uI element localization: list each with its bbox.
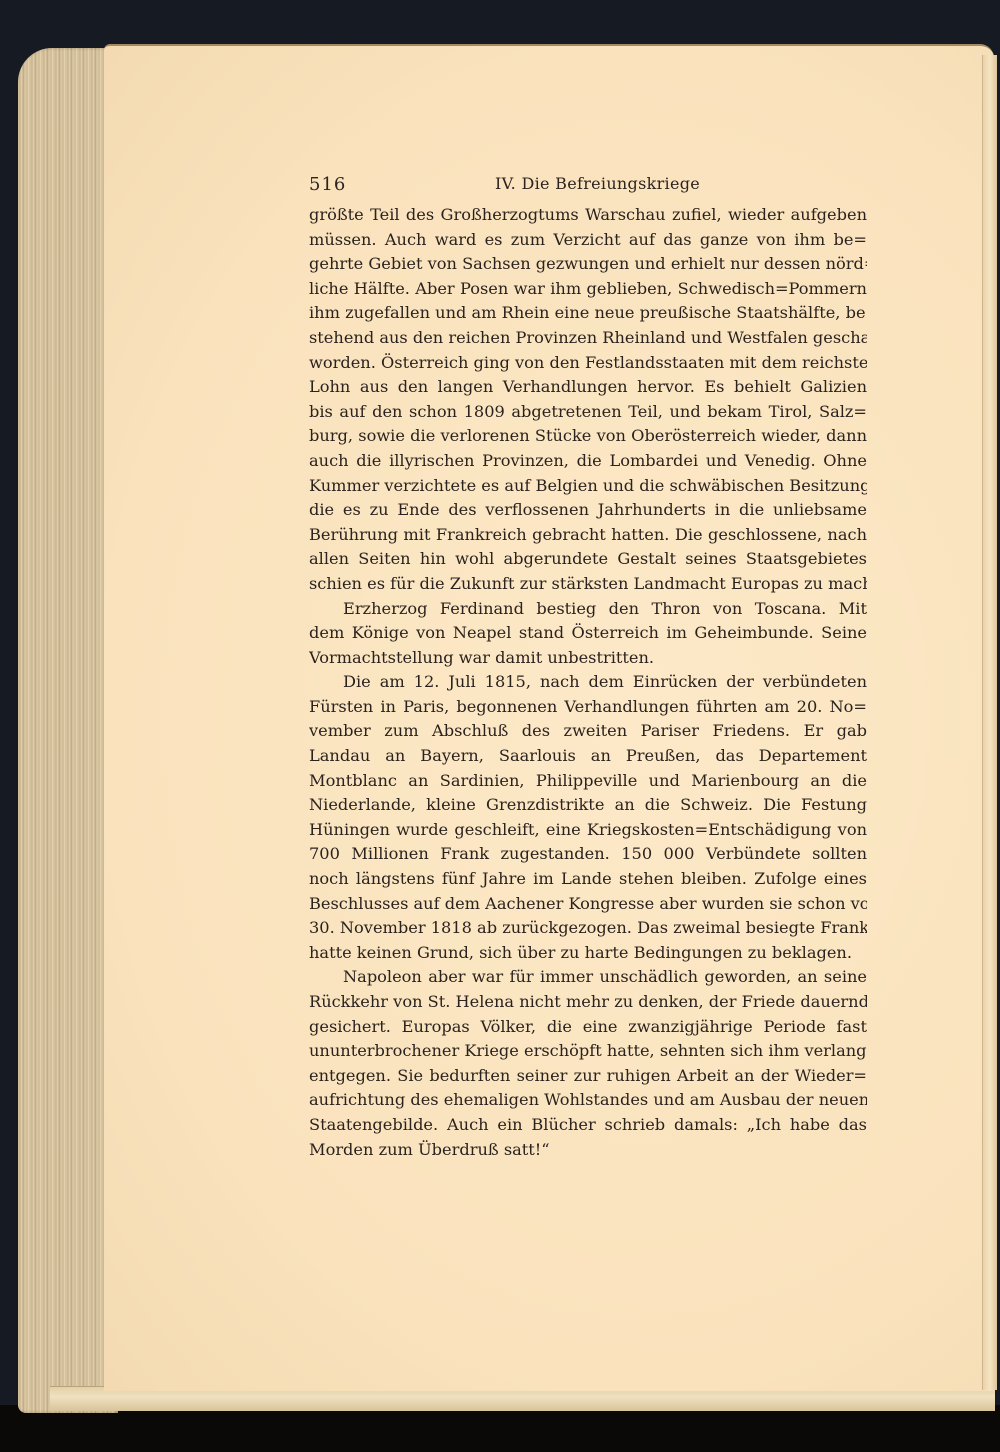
text-line: die es zu Ende des verflossenen Jahrhund… — [309, 498, 867, 523]
running-head: 516 IV. Die Befreiungskriege — [309, 170, 867, 200]
chapter-title: IV. Die Befreiungskriege — [495, 174, 700, 193]
next-page-edge — [982, 55, 997, 1390]
text-line: Hüningen wurde geschleift, eine Kriegsko… — [309, 818, 867, 843]
text-line: Fürsten in Paris, begonnenen Verhandlung… — [309, 695, 867, 720]
text-line: Berührung mit Frankreich gebracht hatten… — [309, 523, 867, 548]
text-line: Kummer verzichtete es auf Belgien und di… — [309, 474, 867, 499]
text-line: Rückkehr von St. Helena nicht mehr zu de… — [309, 990, 867, 1015]
text-line: entgegen. Sie bedurften seiner zur ruhig… — [309, 1064, 867, 1089]
text-line: Lohn aus den langen Verhandlungen hervor… — [309, 375, 867, 400]
text-line: ununterbrochener Kriege erschöpft hatte,… — [309, 1039, 867, 1064]
text-line: Die am 12. Juli 1815, nach dem Einrücken… — [309, 670, 867, 695]
text-line: Staatengebilde. Auch ein Blücher schrieb… — [309, 1113, 867, 1138]
text-line: noch längstens fünf Jahre im Lande stehe… — [309, 867, 867, 892]
text-line: worden. Österreich ging von den Festland… — [309, 351, 867, 376]
text-line: Niederlande, kleine Grenzdistrikte an di… — [309, 793, 867, 818]
text-line: auch die illyrischen Provinzen, die Lomb… — [309, 449, 867, 474]
text-line: 30. November 1818 ab zurückgezogen. Das … — [309, 916, 867, 941]
text-line: Landau an Bayern, Saarlouis an Preußen, … — [309, 744, 867, 769]
body-text: größte Teil des Großherzogtums Warschau … — [309, 203, 867, 1162]
text-line: stehend aus den reichen Provinzen Rheinl… — [309, 326, 867, 351]
text-line: größte Teil des Großherzogtums Warschau … — [309, 203, 867, 228]
text-line: Erzherzog Ferdinand bestieg den Thron vo… — [309, 597, 867, 622]
text-line: ihm zugefallen und am Rhein eine neue pr… — [309, 301, 867, 326]
text-line: liche Hälfte. Aber Posen war ihm geblieb… — [309, 277, 867, 302]
text-line: Beschlusses auf dem Aachener Kongresse a… — [309, 892, 867, 917]
text-line: gehrte Gebiet von Sachsen gezwungen und … — [309, 252, 867, 277]
text-line: hatte keinen Grund, sich über zu harte B… — [309, 941, 867, 966]
text-line: Montblanc an Sardinien, Philippeville un… — [309, 769, 867, 794]
text-line: aufrichtung des ehemaligen Wohlstandes u… — [309, 1088, 867, 1113]
text-line: Morden zum Überdruß satt!“ — [309, 1138, 867, 1163]
text-line: Vormachtstellung war damit unbestritten. — [309, 646, 867, 671]
text-line: allen Seiten hin wohl abgerundete Gestal… — [309, 547, 867, 572]
text-line: 700 Millionen Frank zugestanden. 150 000… — [309, 842, 867, 867]
page-number: 516 — [309, 174, 346, 195]
text-line: burg, sowie die verlorenen Stücke von Ob… — [309, 424, 867, 449]
text-line: dem Könige von Neapel stand Österreich i… — [309, 621, 867, 646]
text-line: müssen. Auch ward es zum Verzicht auf da… — [309, 228, 867, 253]
text-line: vember zum Abschluß des zweiten Pariser … — [309, 719, 867, 744]
text-line: Napoleon aber war für immer unschädlich … — [309, 965, 867, 990]
page-stack-edge — [18, 48, 118, 1413]
text-line: gesichert. Europas Völker, die eine zwan… — [309, 1015, 867, 1040]
text-line: schien es für die Zukunft zur stärksten … — [309, 572, 867, 597]
text-line: bis auf den schon 1809 abgetretenen Teil… — [309, 400, 867, 425]
dark-background — [0, 1405, 1000, 1452]
